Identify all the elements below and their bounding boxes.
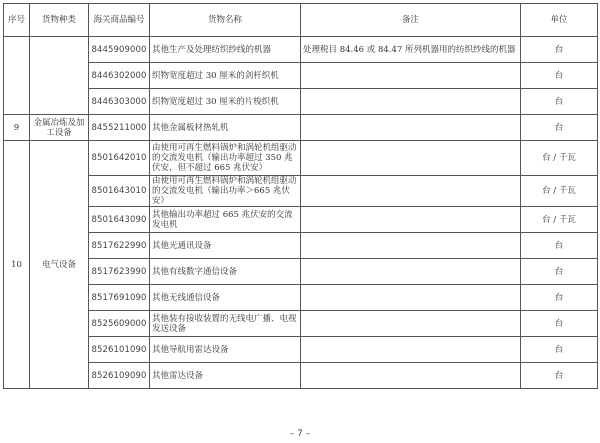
- cell-name: 其他光通讯设备: [150, 233, 301, 259]
- cell-note: [301, 363, 521, 389]
- cell-note: [301, 176, 521, 207]
- cell-code: 8501643090: [89, 207, 150, 233]
- cell-unit: 台: [521, 285, 598, 311]
- table-row: 8526101090 其他导航用雷达设备 台: [4, 337, 598, 363]
- cell-name: 其他无线通信设备: [150, 285, 301, 311]
- cell-note: [301, 207, 521, 233]
- header-note: 备注: [301, 4, 521, 37]
- cell-name: 由使用可再生燃料锅炉和涡轮机组驱动的交流发电机（输出功率超过 350 兆伏安，但…: [150, 141, 301, 176]
- cell-unit: 台: [521, 89, 598, 115]
- cell-name: 其他装有接收装置的无线电广播、电视发送设备: [150, 311, 301, 337]
- cell-code: 8446302000: [89, 63, 150, 89]
- cell-code: 8446303000: [89, 89, 150, 115]
- cell-code: 8525609000: [89, 311, 150, 337]
- cell-name: 织物宽度超过 30 厘米的剑杆织机: [150, 63, 301, 89]
- cell-no: [4, 37, 30, 115]
- table-row: 8517691090 其他无线通信设备 台: [4, 285, 598, 311]
- header-category: 货物种类: [30, 4, 89, 37]
- table-row: 8446303000 织物宽度超过 30 厘米的片梭织机 台: [4, 89, 598, 115]
- cell-note: [301, 285, 521, 311]
- table-header-row: 序号 货物种类 海关商品编号 货物名称 备注 单位: [4, 4, 598, 37]
- table-row: 8501643010 由使用可再生燃料锅炉和涡轮机组驱动的交流发电机（输出功率＞…: [4, 176, 598, 207]
- page-number: – 7 –: [0, 429, 600, 439]
- table-row: 8517623990 其他有线数字通信设备 台: [4, 259, 598, 285]
- cell-code: 8517622990: [89, 233, 150, 259]
- cell-category: 金属冶炼及加工设备: [30, 115, 89, 141]
- cell-unit: 台: [521, 363, 598, 389]
- table-row: 8525609000 其他装有接收装置的无线电广播、电视发送设备 台: [4, 311, 598, 337]
- cell-note: [301, 89, 521, 115]
- cell-unit: 台 / 千瓦: [521, 176, 598, 207]
- cell-note: [301, 311, 521, 337]
- cell-name: 织物宽度超过 30 厘米的片梭织机: [150, 89, 301, 115]
- cell-code: 8517623990: [89, 259, 150, 285]
- cell-note: [301, 337, 521, 363]
- cell-note: [301, 115, 521, 141]
- cell-code: 8526101090: [89, 337, 150, 363]
- header-name: 货物名称: [150, 4, 301, 37]
- cell-code: 8455211000: [89, 115, 150, 141]
- cell-unit: 台 / 千瓦: [521, 207, 598, 233]
- header-code: 海关商品编号: [89, 4, 150, 37]
- cell-unit: 台 / 千瓦: [521, 141, 598, 176]
- cell-note: [301, 233, 521, 259]
- cell-unit: 台: [521, 233, 598, 259]
- table-row: 8446302000 织物宽度超过 30 厘米的剑杆织机 台: [4, 63, 598, 89]
- header-no: 序号: [4, 4, 30, 37]
- table-row: 8445909000 其他生产及处理纺织纱线的机器 处理税目 84.46 或 8…: [4, 37, 598, 63]
- table-row: 8501643090 其他输出功率超过 665 兆伏安的交流发电机 台 / 千瓦: [4, 207, 598, 233]
- cell-name: 其他输出功率超过 665 兆伏安的交流发电机: [150, 207, 301, 233]
- goods-table: 序号 货物种类 海关商品编号 货物名称 备注 单位 8445909000 其他生…: [3, 3, 598, 389]
- cell-name: 其他生产及处理纺织纱线的机器: [150, 37, 301, 63]
- table-row: 8517622990 其他光通讯设备 台: [4, 233, 598, 259]
- cell-category: [30, 37, 89, 115]
- cell-name: 其他导航用雷达设备: [150, 337, 301, 363]
- cell-code: 8501642010: [89, 141, 150, 176]
- cell-name: 其他雷达设备: [150, 363, 301, 389]
- cell-note: [301, 259, 521, 285]
- cell-name: 由使用可再生燃料锅炉和涡轮机组驱动的交流发电机（输出功率＞665 兆伏安）: [150, 176, 301, 207]
- cell-note: [301, 63, 521, 89]
- cell-unit: 台: [521, 63, 598, 89]
- cell-unit: 台: [521, 337, 598, 363]
- cell-no: 9: [4, 115, 30, 141]
- cell-code: 8517691090: [89, 285, 150, 311]
- table-row: 9 金属冶炼及加工设备 8455211000 其他金属板材热轧机 台: [4, 115, 598, 141]
- cell-note: 处理税目 84.46 或 84.47 所列机器用的纺织纱线的机器: [301, 37, 521, 63]
- cell-unit: 台: [521, 311, 598, 337]
- cell-unit: 台: [521, 37, 598, 63]
- cell-no: 10: [4, 141, 30, 389]
- cell-unit: 台: [521, 115, 598, 141]
- cell-unit: 台: [521, 259, 598, 285]
- cell-note: [301, 141, 521, 176]
- cell-code: 8526109090: [89, 363, 150, 389]
- cell-category: 电气设备: [30, 141, 89, 389]
- cell-name: 其他有线数字通信设备: [150, 259, 301, 285]
- cell-name: 其他金属板材热轧机: [150, 115, 301, 141]
- cell-code: 8445909000: [89, 37, 150, 63]
- cell-code: 8501643010: [89, 176, 150, 207]
- table-row: 8526109090 其他雷达设备 台: [4, 363, 598, 389]
- header-unit: 单位: [521, 4, 598, 37]
- table-row: 10 电气设备 8501642010 由使用可再生燃料锅炉和涡轮机组驱动的交流发…: [4, 141, 598, 176]
